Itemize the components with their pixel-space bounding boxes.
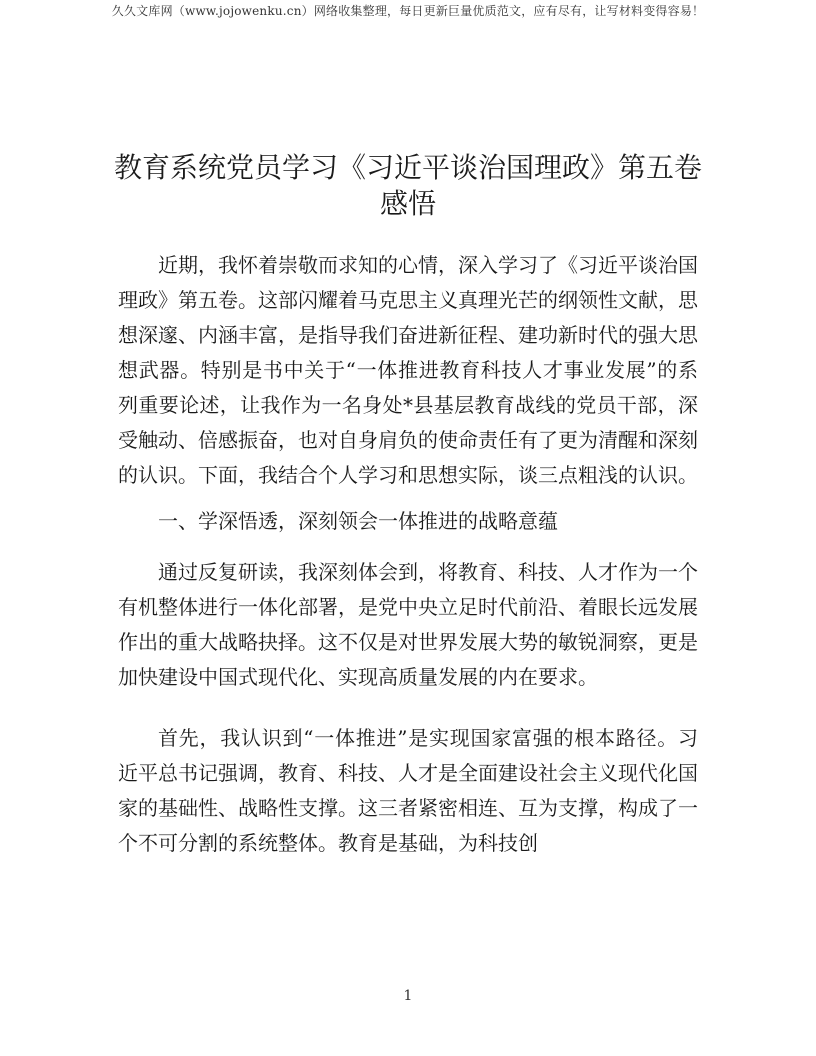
watermark-header: 久久文库网（www.jojowenku.cn）网络收集整理，每日更新巨量优质范文…: [0, 2, 816, 19]
body-paragraph: 通过反复研读，我深刻体会到，将教育、科技、人才作为一个有机整体进行一体化部署，是…: [118, 555, 698, 695]
document-body: 近期，我怀着崇敬而求知的心情，深入学习了《习近平谈治国理政》第五卷。这部闪耀着马…: [118, 248, 698, 861]
document-title: 教育系统党员学习《习近平谈治国理政》第五卷感悟: [110, 150, 706, 222]
body-paragraph: 首先，我认识到“一体推进”是实现国家富强的根本路径。习近平总书记强调，教育、科技…: [118, 721, 698, 861]
section-heading-1: 一、学深悟透，深刻领会一体推进的战略意蕴: [118, 504, 698, 539]
intro-paragraph: 近期，我怀着崇敬而求知的心情，深入学习了《习近平谈治国理政》第五卷。这部闪耀着马…: [118, 248, 698, 493]
page-number: 1: [0, 988, 816, 1004]
